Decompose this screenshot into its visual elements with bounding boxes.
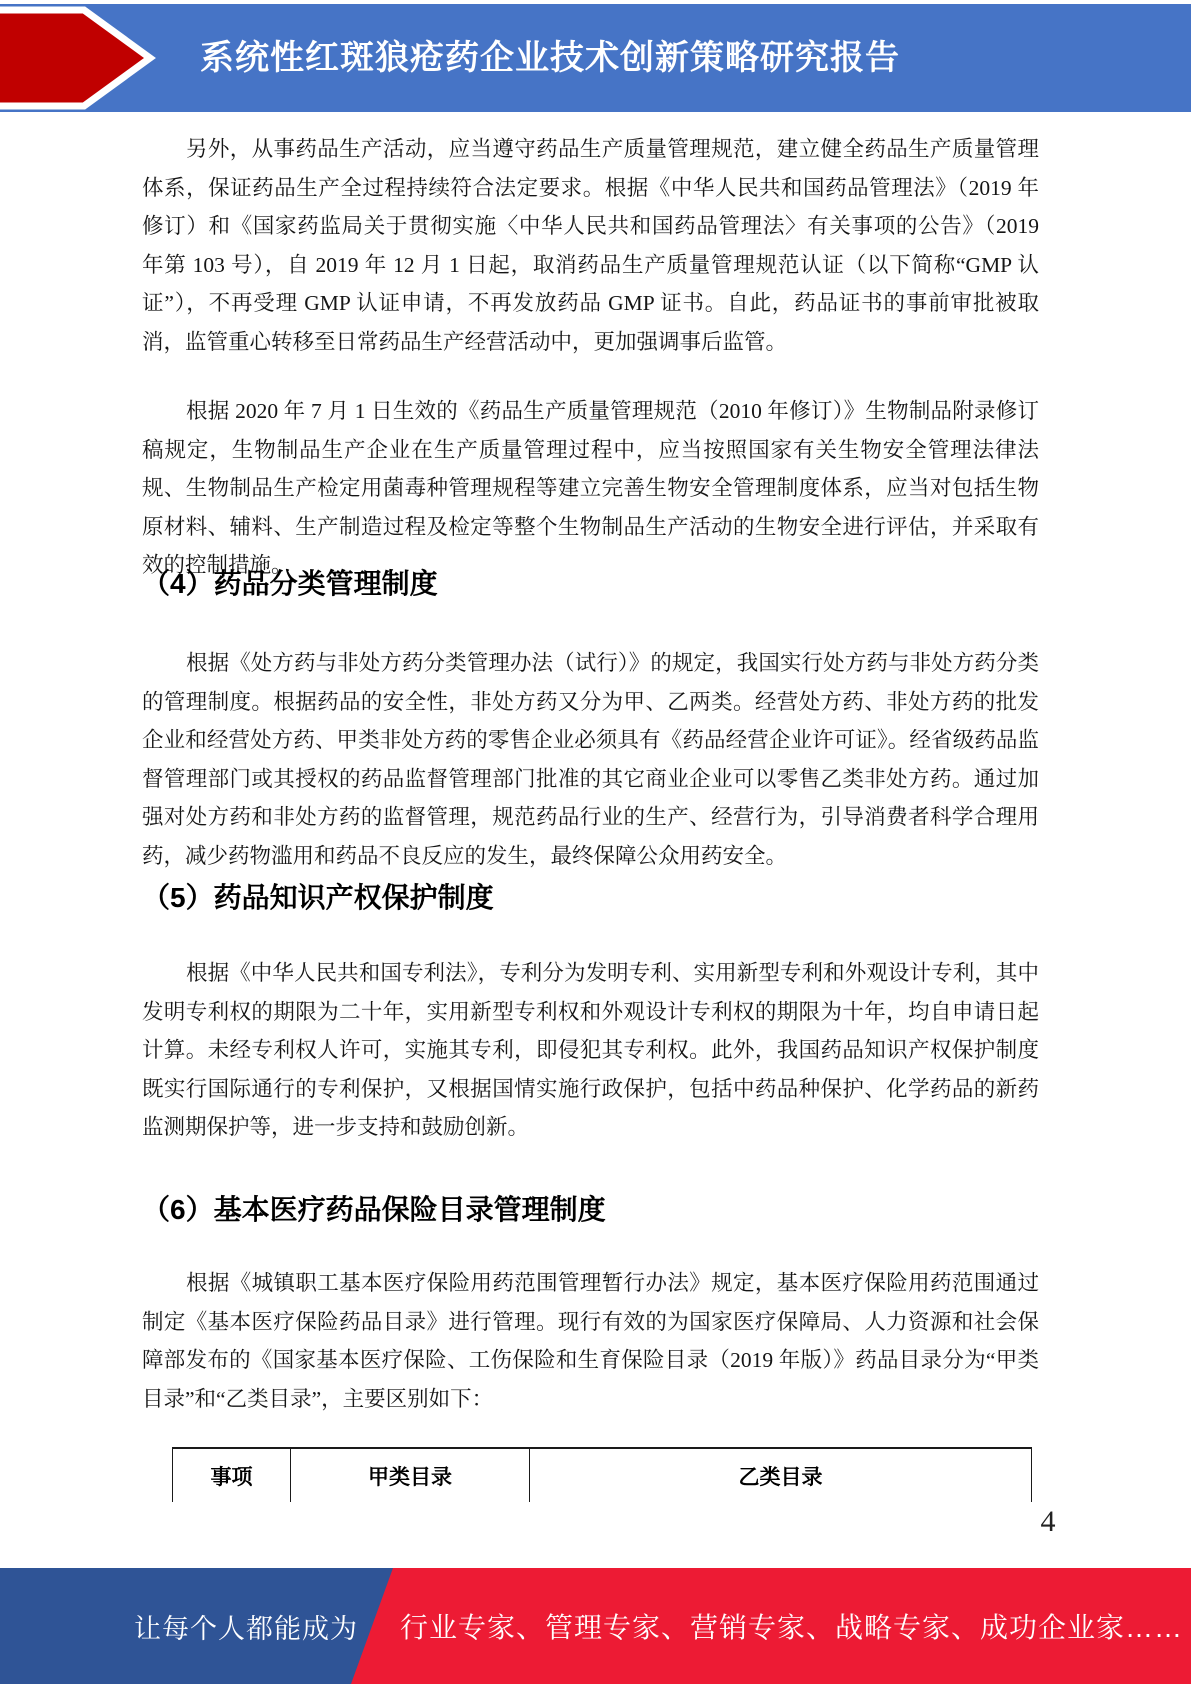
table-header-class-b: 乙类目录 — [530, 1448, 1032, 1502]
footer-slogan-lead: 让每个人都能成为 — [0, 1607, 358, 1646]
section-heading-medical-insurance-catalog: （6）基本医疗药品保险目录管理制度 — [142, 1192, 1039, 1228]
paragraph-biologics-gmp: 根据 2020 年 7 月 1 日生效的《药品生产质量管理规范（2010 年修订… — [142, 392, 1039, 585]
section-heading-drug-classification: （4）药品分类管理制度 — [142, 566, 1039, 602]
page-number: 4 — [1028, 1505, 1068, 1539]
page-footer: 行业专家、管理专家、营销专家、战略专家、成功企业家…… 让每个人都能成为 — [0, 1568, 1191, 1684]
paragraph-insurance-catalog: 根据《城镇职工基本医疗保险用药范围管理暂行办法》规定，基本医疗保险用药范围通过制… — [142, 1264, 1039, 1418]
paragraph-patent-law: 根据《中华人民共和国专利法》，专利分为发明专利、实用新型专利和外观设计专利，其中… — [142, 954, 1039, 1147]
table-header-row: 事项 甲类目录 乙类目录 — [173, 1448, 1032, 1502]
report-title: 系统性红斑狼疮药企业技术创新策略研究报告 — [0, 4, 1100, 112]
section-heading-ip-protection: （5）药品知识产权保护制度 — [142, 880, 1039, 916]
paragraph-otc-classification: 根据《处方药与非处方药分类管理办法（试行）》的规定，我国实行处方药与非处方药分类… — [142, 644, 1039, 875]
footer-slogan-experts: 行业专家、管理专家、营销专家、战略专家、成功企业家…… — [400, 1606, 1183, 1646]
catalog-comparison-table: 事项 甲类目录 乙类目录 — [172, 1447, 1032, 1502]
paragraph-gmp-regulation: 另外，从事药品生产活动，应当遵守药品生产质量管理规范，建立健全药品生产质量管理体… — [142, 130, 1039, 361]
table-header-class-a: 甲类目录 — [291, 1448, 530, 1502]
table-header-item: 事项 — [173, 1448, 291, 1502]
page-header-banner: 系统性红斑狼疮药企业技术创新策略研究报告 — [0, 4, 1191, 112]
